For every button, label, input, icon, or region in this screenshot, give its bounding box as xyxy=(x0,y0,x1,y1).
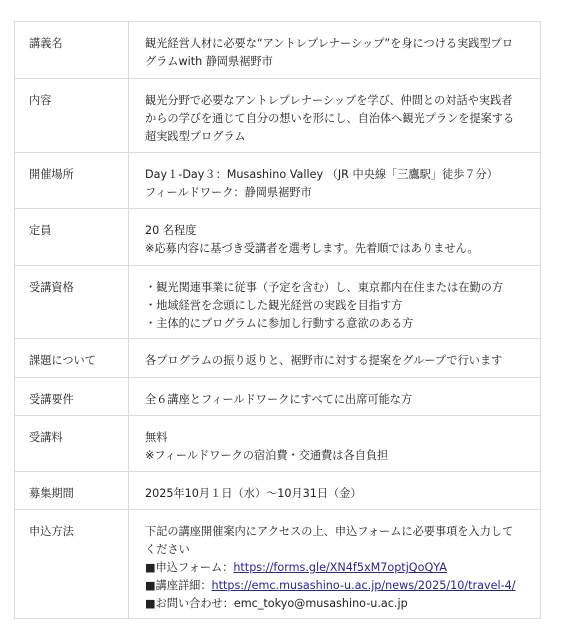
eligibility-item-1: ・観光関連事業に従事（予定を含む）し、東京都内在住または在勤の方 xyxy=(145,279,530,297)
requirements-line-1: 全６講座とフィールドワークにすべてに出席可能な方 xyxy=(145,391,530,409)
row-label: 申込方法 xyxy=(15,510,129,619)
assignment-line-1: 各プログラムの振り返りと、裾野市に対する提案をグループで行います xyxy=(145,352,530,370)
table-row-content: 内容 観光分野で必要なアントレプレナーシップを学び、仲間との対話や実践者 からの… xyxy=(15,79,541,153)
row-value: 20 名程度 ※応募内容に基づき受講者を選考します。先着順ではありません。 xyxy=(129,209,541,266)
course-detail-label: ■講座詳細： xyxy=(145,579,212,592)
row-label: 定員 xyxy=(15,209,129,266)
row-value: 観光経営人材に必要な“アントレプレナーシップ”を身につける実践型プロ グラムwi… xyxy=(129,22,541,79)
row-value: ・観光関連事業に従事（予定を含む）し、東京都内在住または在勤の方 ・地域経営を念… xyxy=(129,266,541,339)
application-form-line: ■申込フォーム：https://forms.gle/XN4f5xM7optjQo… xyxy=(145,559,530,577)
table-row-assignment: 課題について 各プログラムの振り返りと、裾野市に対する提案をグループで行います xyxy=(15,339,541,378)
course-detail-link[interactable]: https://emc.musashino-u.ac.jp/news/2025/… xyxy=(212,579,516,592)
row-label: 講義名 xyxy=(15,22,129,79)
row-value: 2025年10月１日（水）～10月31日（金） xyxy=(129,472,541,510)
fee-line-2: ※フィールドワークの宿泊費・交通費は各自負担 xyxy=(145,447,530,465)
eligibility-item-3: ・主体的にプログラムに参加し行動する意欲のある方 xyxy=(145,315,530,333)
row-value: 各プログラムの振り返りと、裾野市に対する提案をグループで行います xyxy=(129,339,541,378)
eligibility-item-2: ・地域経営を念頭にした観光経営の実践を目指す方 xyxy=(145,297,530,315)
table-row-capacity: 定員 20 名程度 ※応募内容に基づき受講者を選考します。先着順ではありません。 xyxy=(15,209,541,266)
table-row-application-method: 申込方法 下記の講座開催案内にアクセスの上、申込フォームに必要事項を入力して く… xyxy=(15,510,541,619)
row-value: 観光分野で必要なアントレプレナーシップを学び、仲間との対話や実践者 からの学びを… xyxy=(129,79,541,153)
table-row-requirements: 受講要件 全６講座とフィールドワークにすべてに出席可能な方 xyxy=(15,378,541,416)
table-row-venue: 開催場所 Day１-Day３：Musashino Valley （JR 中央線「… xyxy=(15,153,541,209)
application-form-link[interactable]: https://forms.gle/XN4f5xM7optjQoQYA xyxy=(233,561,447,574)
row-label: 受講資格 xyxy=(15,266,129,339)
venue-line-2: フィールドワーク：静岡県裾野市 xyxy=(145,184,530,202)
method-line-2: ください xyxy=(145,541,530,559)
content-line-1: 観光分野で必要なアントレプレナーシップを学び、仲間との対話や実践者 xyxy=(145,92,530,110)
period-line-1: 2025年10月１日（水）～10月31日（金） xyxy=(145,485,530,503)
table-row-eligibility: 受講資格 ・観光関連事業に従事（予定を含む）し、東京都内在住または在勤の方 ・地… xyxy=(15,266,541,339)
row-value: 全６講座とフィールドワークにすべてに出席可能な方 xyxy=(129,378,541,416)
content-line-3: 超実践型プログラム xyxy=(145,128,530,146)
course-detail-line: ■講座詳細：https://emc.musashino-u.ac.jp/news… xyxy=(145,577,530,595)
venue-line-1: Day１-Day３：Musashino Valley （JR 中央線「三鷹駅」徒… xyxy=(145,166,530,184)
contact-line: ■お問い合わせ：emc_tokyo@musashino-u.ac.jp xyxy=(145,595,530,613)
row-label: 開催場所 xyxy=(15,153,129,209)
capacity-line-1: 20 名程度 xyxy=(145,222,530,240)
capacity-line-2: ※応募内容に基づき受講者を選考します。先着順ではありません。 xyxy=(145,240,530,258)
method-line-1: 下記の講座開催案内にアクセスの上、申込フォームに必要事項を入力して xyxy=(145,523,530,541)
row-label: 課題について xyxy=(15,339,129,378)
row-value: Day１-Day３：Musashino Valley （JR 中央線「三鷹駅」徒… xyxy=(129,153,541,209)
application-form-label: ■申込フォーム： xyxy=(145,561,233,574)
table-row-course-title: 講義名 観光経営人材に必要な“アントレプレナーシップ”を身につける実践型プロ グ… xyxy=(15,22,541,79)
course-info-table: 講義名 観光経営人材に必要な“アントレプレナーシップ”を身につける実践型プロ グ… xyxy=(14,21,541,619)
course-title-line-2: グラムwith 静岡県裾野市 xyxy=(145,53,530,71)
course-title-line-1: 観光経営人材に必要な“アントレプレナーシップ”を身につける実践型プロ xyxy=(145,35,530,53)
row-value: 無料 ※フィールドワークの宿泊費・交通費は各自負担 xyxy=(129,416,541,472)
table-row-application-period: 募集期間 2025年10月１日（水）～10月31日（金） xyxy=(15,472,541,510)
row-label: 募集期間 xyxy=(15,472,129,510)
fee-line-1: 無料 xyxy=(145,429,530,447)
row-label: 内容 xyxy=(15,79,129,153)
row-value: 下記の講座開催案内にアクセスの上、申込フォームに必要事項を入力して ください ■… xyxy=(129,510,541,619)
row-label: 受講料 xyxy=(15,416,129,472)
content-line-2: からの学びを通じて自分の想いを形にし、自治体へ観光プランを提案する xyxy=(145,110,530,128)
row-label: 受講要件 xyxy=(15,378,129,416)
table-row-fee: 受講料 無料 ※フィールドワークの宿泊費・交通費は各自負担 xyxy=(15,416,541,472)
